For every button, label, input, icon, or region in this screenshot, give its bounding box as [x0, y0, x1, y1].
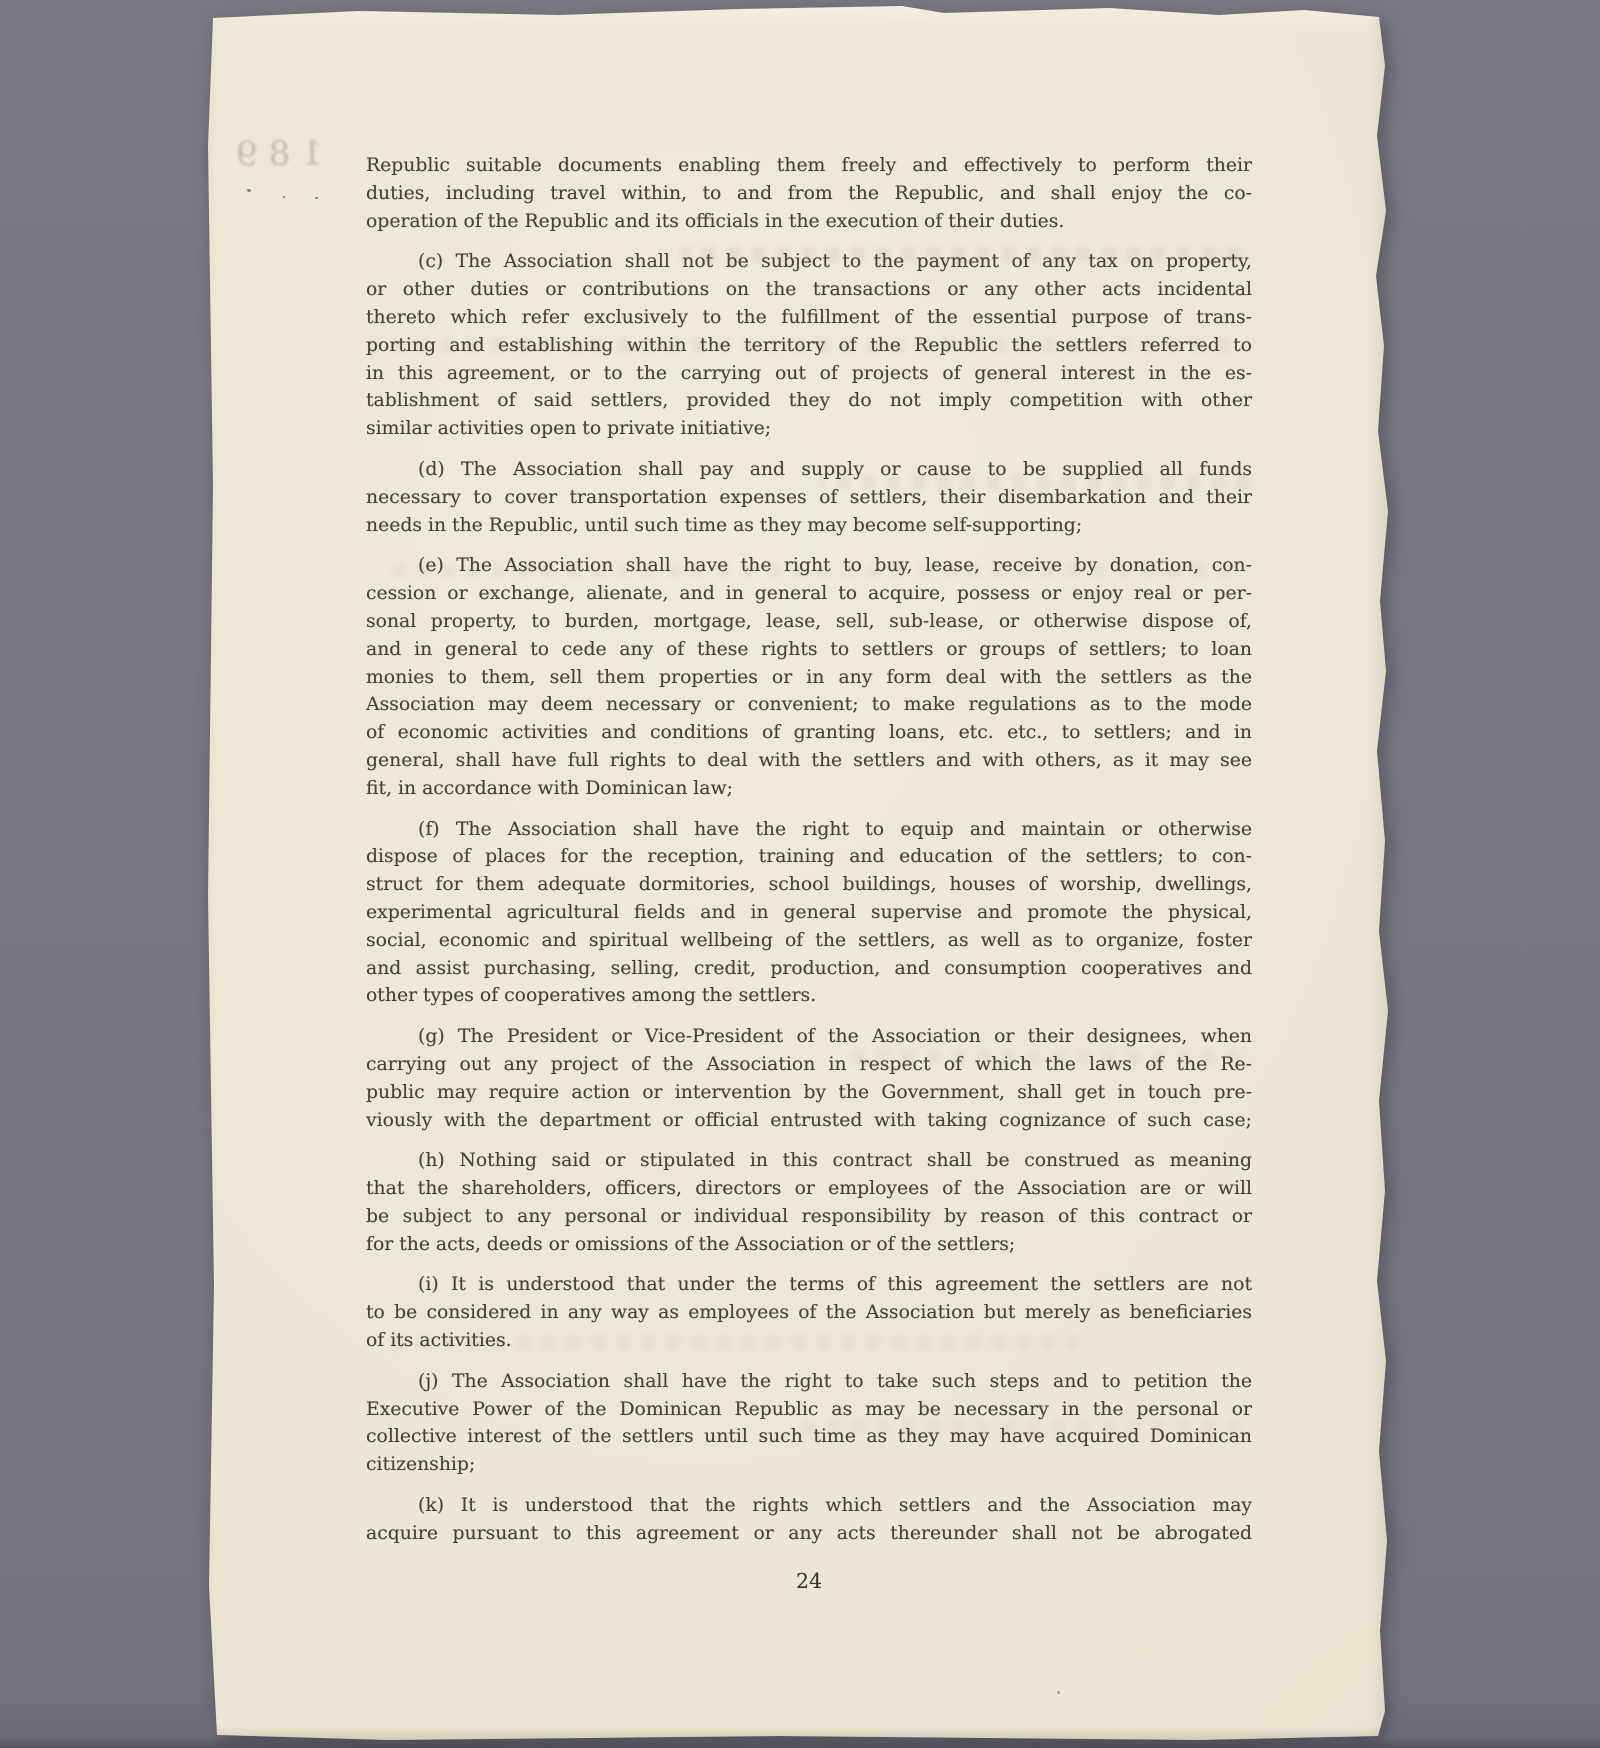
- text-line: be subject to any personal or individual…: [366, 1203, 1252, 1231]
- dust-speck: [1057, 1691, 1060, 1694]
- text-line: acquire pursuant to this agreement or an…: [366, 1520, 1252, 1548]
- text-line: collective interest of the settlers unti…: [366, 1423, 1252, 1451]
- text-line: (k) It is understood that the rights whi…: [366, 1492, 1252, 1520]
- text-line: of economic activities and conditions of…: [366, 719, 1252, 747]
- text-line: general, shall have full rights to deal …: [366, 747, 1252, 775]
- dust-speck: [283, 196, 285, 198]
- text-line: monies to them, sell them properties or …: [366, 664, 1252, 692]
- text-line: sonal property, to burden, mortgage, lea…: [366, 608, 1252, 636]
- text-line: viously with the department or official …: [366, 1107, 1252, 1135]
- text-line: public may require action or interventio…: [366, 1079, 1252, 1107]
- text-line: (e) The Association shall have the right…: [366, 552, 1252, 580]
- text-line: of its activities.: [366, 1327, 1252, 1355]
- text-line: for the acts, deeds or omissions of the …: [366, 1231, 1252, 1259]
- paragraph: (j) The Association shall have the right…: [366, 1368, 1252, 1479]
- bleed-through-page-number: 189: [225, 133, 323, 174]
- document-page: 189 Republic suitable documents enabling…: [199, 6, 1391, 1740]
- text-line: operation of the Republic and its offici…: [366, 208, 1252, 236]
- paragraph: (k) It is understood that the rights whi…: [366, 1492, 1252, 1548]
- text-line: and assist purchasing, selling, credit, …: [366, 955, 1252, 983]
- text-line: necessary to cover transportation expens…: [366, 484, 1252, 512]
- document-text: Republic suitable documents enabling the…: [366, 152, 1252, 1561]
- paragraph: (e) The Association shall have the right…: [366, 552, 1252, 802]
- text-line: carrying out any project of the Associat…: [366, 1051, 1252, 1079]
- text-line: experimental agricultural fields and in …: [366, 899, 1252, 927]
- dust-speck: [247, 188, 252, 192]
- paragraph: (i) It is understood that under the term…: [366, 1271, 1252, 1354]
- text-line: (i) It is understood that under the term…: [366, 1271, 1252, 1299]
- text-line: (d) The Association shall pay and supply…: [366, 456, 1252, 484]
- text-line: social, economic and spiritual wellbeing…: [366, 927, 1252, 955]
- text-line: Republic suitable documents enabling the…: [366, 152, 1252, 180]
- text-line: needs in the Republic, until such time a…: [366, 512, 1252, 540]
- paragraph: Republic suitable documents enabling the…: [366, 152, 1252, 235]
- text-line: and in general to cede any of these righ…: [366, 636, 1252, 664]
- text-line: that the shareholders, officers, directo…: [366, 1175, 1252, 1203]
- text-line: to be considered in any way as employees…: [366, 1299, 1252, 1327]
- text-line: dispose of places for the reception, tra…: [366, 843, 1252, 871]
- paragraph: (h) Nothing said or stipulated in this c…: [366, 1147, 1252, 1258]
- text-line: thereto which refer exclusively to the f…: [366, 304, 1252, 332]
- text-line: in this agreement, or to the carrying ou…: [366, 360, 1252, 388]
- text-line: Association may deem necessary or conven…: [366, 691, 1252, 719]
- text-line: fit, in accordance with Dominican law;: [366, 775, 1252, 803]
- text-line: similar activities open to private initi…: [366, 415, 1252, 443]
- text-line: (c) The Association shall not be subject…: [366, 248, 1252, 276]
- text-line: citizenship;: [366, 1451, 1252, 1479]
- paragraph: (f) The Association shall have the right…: [366, 816, 1252, 1011]
- text-line: or other duties or contributions on the …: [366, 276, 1252, 304]
- text-line: (g) The President or Vice-President of t…: [366, 1023, 1252, 1051]
- text-line: duties, including travel within, to and …: [366, 180, 1252, 208]
- text-line: cession or exchange, alienate, and in ge…: [366, 580, 1252, 608]
- page-number: 24: [366, 1569, 1252, 1593]
- text-line: (f) The Association shall have the right…: [366, 816, 1252, 844]
- text-line: other types of cooperatives among the se…: [366, 982, 1252, 1010]
- text-line: Executive Power of the Dominican Republi…: [366, 1396, 1252, 1424]
- dust-speck: [315, 197, 318, 199]
- paragraph: (d) The Association shall pay and supply…: [366, 456, 1252, 539]
- paragraph: (c) The Association shall not be subject…: [366, 248, 1252, 443]
- text-line: struct for them adequate dormitories, sc…: [366, 871, 1252, 899]
- text-line: (h) Nothing said or stipulated in this c…: [366, 1147, 1252, 1175]
- text-line: porting and establishing within the terr…: [366, 332, 1252, 360]
- text-line: (j) The Association shall have the right…: [366, 1368, 1252, 1396]
- paragraph: (g) The President or Vice-President of t…: [366, 1023, 1252, 1134]
- text-line: tablishment of said settlers, provided t…: [366, 387, 1252, 415]
